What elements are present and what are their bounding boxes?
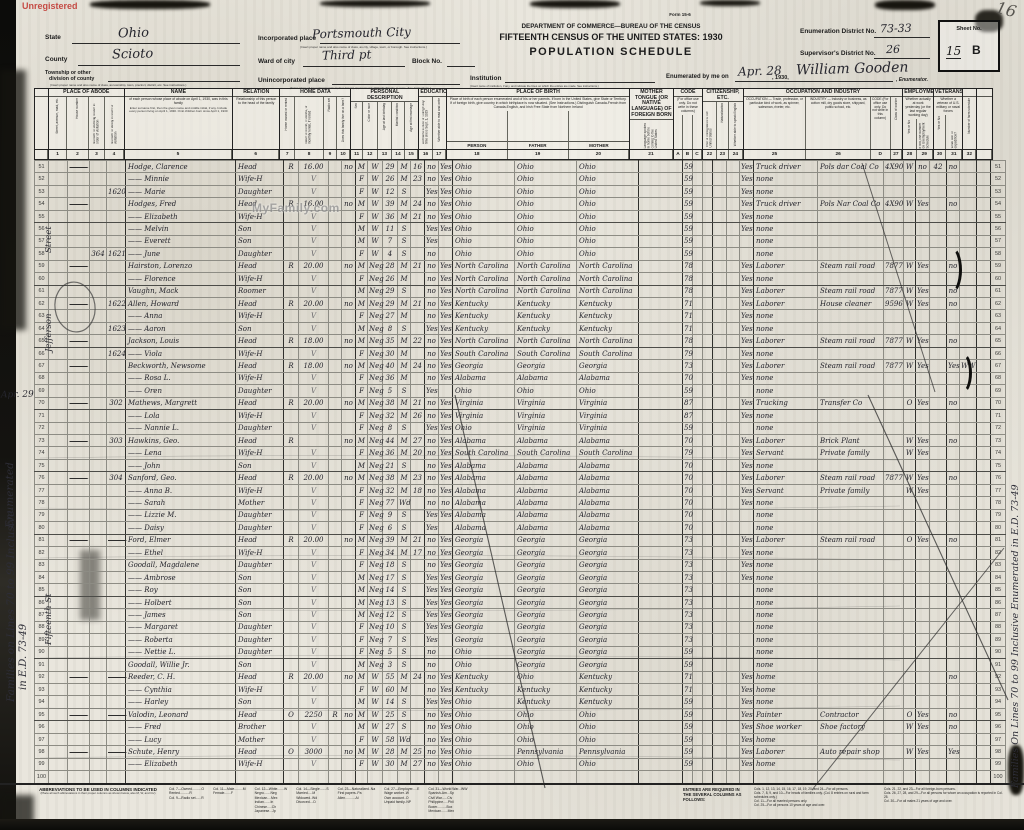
cell-ocode [884, 484, 904, 496]
cell-bp: Alabama [453, 372, 515, 384]
block-label: Block No. [412, 58, 442, 65]
cell-bp: Ohio [453, 733, 515, 745]
cell-cA: 59 [683, 721, 693, 733]
cell-house: ——— [68, 335, 90, 347]
cell-war [960, 659, 977, 671]
cell-agem: 24 [411, 198, 425, 210]
cell-fs [977, 285, 991, 297]
cell-street [49, 410, 68, 422]
cell-radio [329, 297, 342, 309]
cell-eng: Yes [740, 459, 754, 471]
cell-color: Neg [368, 547, 383, 559]
cell-cB [693, 273, 703, 285]
cell-imm [713, 484, 727, 496]
cell-emp [916, 646, 930, 658]
cell-dwell [90, 509, 107, 521]
schedule-row: 96—— FredBrotherVMW27SnoYesOhioOhioOhio5… [35, 721, 1006, 733]
cell-val: V [299, 559, 329, 571]
cell-emp [916, 410, 930, 422]
header-subcolumns: Yes or NoWhat war or expedition? [934, 115, 963, 149]
header-group: PLACE OF ABODEStreet, avenue, road, etc.… [49, 89, 125, 159]
cell-cls: O [904, 534, 916, 546]
cell-read: Yes [439, 198, 453, 210]
cell-color: Neg [368, 422, 383, 434]
cell-vet: no [947, 721, 960, 733]
header-numbers: 6 [233, 149, 279, 159]
cell-cC [703, 410, 713, 422]
cell-nat [727, 410, 740, 422]
cell-bm: Kentucky [577, 671, 639, 683]
header-group-desc: Whether a veteran of U.S. military or na… [934, 97, 963, 115]
cell-cC [703, 721, 713, 733]
cell-cC [703, 223, 713, 235]
cell-own: R [284, 335, 299, 347]
header-numbers: 1234 [49, 149, 124, 159]
header-group: VETERANSWhether a veteran of U.S. milita… [934, 89, 964, 159]
unincorporated-label: Unincorporated place [258, 77, 325, 84]
cell-tongue [639, 410, 683, 422]
cell-ln: 74 [35, 447, 49, 459]
cell-farm: no [342, 397, 356, 409]
cell-farm [342, 310, 356, 322]
schedule-row: 83Goodall, MagdaleneDaughterVFNeg18SnoYe… [35, 559, 1006, 571]
cell-fam [107, 198, 126, 210]
cell-ln2: 63 [991, 310, 1006, 322]
header-numbers: 32 [963, 149, 976, 159]
cell-emp [916, 185, 930, 197]
cell-fs [977, 372, 991, 384]
cell-color: W [368, 235, 383, 247]
header-numbers: 1617 [419, 149, 446, 159]
cell-tongue [639, 161, 683, 173]
cell-bp: Alabama [453, 434, 515, 446]
cell-val [299, 771, 329, 783]
cell-mar: S [398, 522, 411, 534]
cell-sex: M [356, 335, 368, 347]
header-group-title: PLACE OF ABODE [49, 89, 124, 97]
cell-tongue [639, 758, 683, 770]
cell-read: Yes [439, 484, 453, 496]
cell-rel: Son [236, 596, 284, 608]
cell-mar: M [398, 198, 411, 210]
cell-fam [107, 372, 126, 384]
cell-radio [329, 733, 342, 745]
cell-fam [107, 285, 126, 297]
cell-ind [818, 422, 884, 434]
cell-ocode: 7877 [884, 360, 904, 372]
cell-fs [977, 173, 991, 185]
cell-house: ——— [68, 746, 90, 758]
cell-nat [727, 273, 740, 285]
cell-bp: Ohio [453, 659, 515, 671]
header-group: PLACE OF BIRTHPlace of birth of each per… [447, 89, 630, 159]
cell-farm [342, 347, 356, 359]
cell-uline [930, 310, 947, 322]
ward-value: Third pt [322, 47, 372, 62]
cell-sex: M [356, 596, 368, 608]
cell-sch: no [425, 198, 439, 210]
cell-ln2: 56 [991, 223, 1006, 235]
cell-sex: F [356, 509, 368, 521]
cell-cB [693, 310, 703, 322]
column-number: 12 [363, 150, 378, 159]
cell-cls [904, 497, 916, 509]
cell-bm [577, 771, 639, 783]
cell-ln: 69 [35, 385, 49, 397]
cell-eng: Yes [740, 721, 754, 733]
cell-read: Yes [439, 434, 453, 446]
cell-cC [703, 509, 713, 521]
cell-vet [947, 447, 960, 459]
entries-required-title: ENTRIES ARE REQUIRED IN THE SEVERAL COLU… [683, 787, 747, 817]
cell-vet: no [947, 397, 960, 409]
cell-ln2: 78 [991, 497, 1006, 509]
cell-age: 55 [383, 671, 398, 683]
cell-eng [740, 634, 754, 646]
cell-bf: North Carolina [515, 260, 577, 272]
cell-val: V [299, 522, 329, 534]
institution-line [505, 82, 655, 83]
cell-street [49, 297, 68, 309]
cell-sch: no [425, 335, 439, 347]
cell-emp [916, 385, 930, 397]
schedule-row: 76———304Sanford, Geo.HeadR20.00noMNeg38M… [35, 472, 1006, 484]
cell-cB [693, 646, 703, 658]
cell-color: W [368, 210, 383, 222]
margin-note-left-3: in E.D. 73-49 [18, 624, 29, 690]
cell-imm [713, 223, 727, 235]
cell-imm [713, 659, 727, 671]
cell-read: Yes [439, 223, 453, 235]
cell-bf: Pennsylvania [515, 746, 577, 758]
cell-own [284, 310, 299, 322]
cell-bp: Georgia [453, 571, 515, 583]
cell-val: V [299, 509, 329, 521]
cell-cls [904, 372, 916, 384]
cell-dwell [90, 484, 107, 496]
cell-dwell [90, 297, 107, 309]
cell-fam [107, 684, 126, 696]
cell-emp: Yes [916, 297, 930, 309]
cell-cls [904, 596, 916, 608]
cell-cB [693, 173, 703, 185]
cell-occ: none [754, 310, 818, 322]
cell-uline [930, 584, 947, 596]
cell-sex: M [356, 609, 368, 621]
cell-ocode [884, 646, 904, 658]
cell-own [284, 584, 299, 596]
cell-vet [947, 310, 960, 322]
header-subcolumns [233, 107, 279, 149]
cell-occ: none [754, 497, 818, 509]
cell-occ: none [754, 422, 818, 434]
cell-eng: Yes [740, 497, 754, 509]
cell-cls [904, 410, 916, 422]
header-col-vet: Yes or No [934, 115, 946, 149]
cell-fam [107, 721, 126, 733]
header-sublabel: MOTHER [569, 141, 630, 149]
cell-occ: none [754, 559, 818, 571]
cell-sex: F [356, 173, 368, 185]
cell-cA: 70 [683, 472, 693, 484]
cell-imm [713, 758, 727, 770]
cell-cA: 59 [683, 708, 693, 720]
cell-nat [727, 297, 740, 309]
cell-cB [693, 484, 703, 496]
cell-tongue [639, 310, 683, 322]
cell-cC [703, 372, 713, 384]
cell-fs [977, 559, 991, 571]
cell-agem [411, 621, 425, 633]
column-number: 14 [392, 150, 405, 159]
cell-imm [713, 360, 727, 372]
cell-occ: home [754, 684, 818, 696]
cell-street [49, 260, 68, 272]
column-number: 30 [934, 150, 946, 159]
cell-occ: none [754, 410, 818, 422]
cell-mar: M [398, 434, 411, 446]
cell-imm [713, 634, 727, 646]
cell-bm: Georgia [577, 534, 639, 546]
cell-cC [703, 161, 713, 173]
cell-ln2: 70 [991, 397, 1006, 409]
cell-fam [107, 547, 126, 559]
cell-ind [818, 223, 884, 235]
cell-bp: Kentucky [453, 671, 515, 683]
cell-agem [411, 721, 425, 733]
cell-ind [818, 509, 884, 521]
cell-color: W [368, 708, 383, 720]
cell-tongue [639, 634, 683, 646]
cell-cA: 73 [683, 634, 693, 646]
schedule-row: 79—— Lizzie M.DaughterVFNeg9SYesYesAlaba… [35, 509, 1006, 521]
cell-fs [977, 410, 991, 422]
cell-color: W [368, 696, 383, 708]
cell-sex: F [356, 634, 368, 646]
cell-rel: Son [236, 322, 284, 334]
cell-bf: Georgia [515, 360, 577, 372]
cell-ln2: 57 [991, 235, 1006, 247]
cell-tongue [639, 198, 683, 210]
cell-val: 20.00 [299, 260, 329, 272]
cell-own [284, 248, 299, 260]
cell-bp: Ohio [453, 646, 515, 658]
cell-fam: ——— [107, 671, 126, 683]
cell-ln: 97 [35, 733, 49, 745]
cell-bp: Virginia [453, 397, 515, 409]
cell-sch: no [425, 248, 439, 260]
cell-cA: 59 [683, 173, 693, 185]
cell-bm: Georgia [577, 634, 639, 646]
cell-fam [107, 385, 126, 397]
cell-bf: Georgia [515, 547, 577, 559]
cell-farm [342, 497, 356, 509]
cell-rel: Daughter [236, 646, 284, 658]
cell-ind: Steam rail road [818, 472, 884, 484]
cell-radio [329, 410, 342, 422]
cell-read: Yes [439, 459, 453, 471]
margin-note-left-2: Enumerated [4, 462, 16, 528]
cell-uline [930, 410, 947, 422]
cell-street [49, 472, 68, 484]
cell-nat [727, 571, 740, 583]
cell-occ: none [754, 659, 818, 671]
cell-color: W [368, 161, 383, 173]
cell-war [960, 310, 977, 322]
cell-occ: none [754, 696, 818, 708]
cell-bm: Ohio [577, 210, 639, 222]
cell-fam [107, 621, 126, 633]
cell-fam [107, 634, 126, 646]
cell-rel: Head [236, 534, 284, 546]
cell-read: Yes [439, 621, 453, 633]
cell-house [68, 733, 90, 745]
cell-radio [329, 534, 342, 546]
cell-vet: no [947, 335, 960, 347]
cell-occ: Laborer [754, 335, 818, 347]
cell-bp: Kentucky [453, 297, 515, 309]
cell-cB [693, 260, 703, 272]
cell-nat [727, 559, 740, 571]
cell-nat [727, 347, 740, 359]
cell-imm [713, 422, 727, 434]
cell-cB [693, 671, 703, 683]
cell-emp [916, 733, 930, 745]
column-number: 18 [447, 150, 508, 159]
cell-radio [329, 584, 342, 596]
cell-name: Sanford, Geo. [126, 472, 236, 484]
cell-agem [411, 273, 425, 285]
abbreviations-block: ABBREVIATIONS TO BE USED IN COLUMNS INDI… [34, 787, 162, 817]
cell-bf: Georgia [515, 609, 577, 621]
cell-mar: S [398, 721, 411, 733]
cell-ind [818, 210, 884, 222]
cell-ln2: 76 [991, 472, 1006, 484]
cell-ln2: 92 [991, 671, 1006, 683]
cell-ln2: 81 [991, 534, 1006, 546]
cell-occ: Laborer [754, 360, 818, 372]
cell-imm [713, 235, 727, 247]
schedule-row: 94—— HarleySonVMW14SYesYesOhioKentuckyKe… [35, 696, 1006, 708]
cell-fs [977, 584, 991, 596]
cell-fam [107, 223, 126, 235]
cell-war [960, 534, 977, 546]
header-subcolumns: Home owned or rentedValue of home, if ow… [280, 97, 350, 149]
cell-cA: 59 [683, 161, 693, 173]
cell-vet [947, 322, 960, 334]
column-number: 4 [105, 150, 123, 159]
header-numbers [35, 149, 48, 159]
cell-val: V [299, 310, 329, 322]
cell-ind [818, 410, 884, 422]
header-col-desc: Age at first marriage [410, 102, 414, 133]
cell-read: Yes [439, 273, 453, 285]
cell-color: Neg [368, 659, 383, 671]
cell-dwell [90, 260, 107, 272]
cell-ocode: 7877 [884, 335, 904, 347]
cell-fam [107, 422, 126, 434]
cell-bp: Ohio [453, 161, 515, 173]
cell-imm [713, 522, 727, 534]
cell-agem [411, 571, 425, 583]
cell-war [960, 721, 977, 733]
cell-dwell [90, 310, 107, 322]
header-col-war: What war or expedition? [946, 115, 962, 149]
column-number: 24 [729, 150, 742, 159]
cell-occ: Laborer [754, 434, 818, 446]
cell-agem [411, 696, 425, 708]
cell-sex: M [356, 459, 368, 471]
cell-emp [916, 696, 930, 708]
cell-tongue [639, 721, 683, 733]
cell-cls [904, 547, 916, 559]
cell-fs [977, 771, 991, 783]
cell-own: R [284, 297, 299, 309]
cell-cB [693, 559, 703, 571]
header-numbers: 181920 [447, 149, 629, 159]
cell-nat [727, 248, 740, 260]
cell-name: —— Aaron [126, 322, 236, 334]
cell-ocode [884, 248, 904, 260]
cell-fs [977, 646, 991, 658]
cell-imm [713, 696, 727, 708]
cell-sex: M [356, 260, 368, 272]
header-col-bm: MOTHER [569, 111, 630, 149]
cell-imm [713, 434, 727, 446]
cell-dwell [90, 547, 107, 559]
cell-house [68, 223, 90, 235]
cell-vet [947, 584, 960, 596]
cell-name: —— Lucy [126, 733, 236, 745]
cell-eng: Yes [740, 472, 754, 484]
cell-ind [818, 758, 884, 770]
cell-cA: 78 [683, 285, 693, 297]
cell-bf: Ohio [515, 248, 577, 260]
cell-nat [727, 609, 740, 621]
cell-tongue [639, 285, 683, 297]
cell-bp: Virginia [453, 410, 515, 422]
cell-ocode [884, 659, 904, 671]
cell-tongue [639, 173, 683, 185]
cell-cA: 59 [683, 733, 693, 745]
cell-occ: none [754, 609, 818, 621]
cell-cC [703, 434, 713, 446]
abbreviation-group: Col. 7—Owned..........ORented..........R… [169, 787, 204, 817]
header-col-farm: Does this family live on a farm? [337, 97, 351, 149]
cell-read: Yes [439, 285, 453, 297]
cell-cls [904, 235, 916, 247]
street-name-label: Street [44, 226, 54, 253]
column-number: 27 [891, 150, 903, 159]
header-numbers: 21 [630, 149, 672, 159]
cell-bp: Ohio [453, 721, 515, 733]
cell-radio [329, 285, 342, 297]
cell-uline [930, 609, 947, 621]
cell-cB [693, 696, 703, 708]
cell-dwell [90, 322, 107, 334]
cell-own [284, 621, 299, 633]
census-grid: 51———Hodge, ClarenceHeadR16.00noMW29M16n… [34, 160, 1006, 784]
cell-cB [693, 609, 703, 621]
cell-radio [329, 472, 342, 484]
cell-cB [693, 235, 703, 247]
cell-occ: none [754, 322, 818, 334]
cell-mar: S [398, 223, 411, 235]
cell-farm: no [342, 534, 356, 546]
cell-bp: Alabama [453, 522, 515, 534]
cell-cC [703, 360, 713, 372]
cell-imm [713, 248, 727, 260]
